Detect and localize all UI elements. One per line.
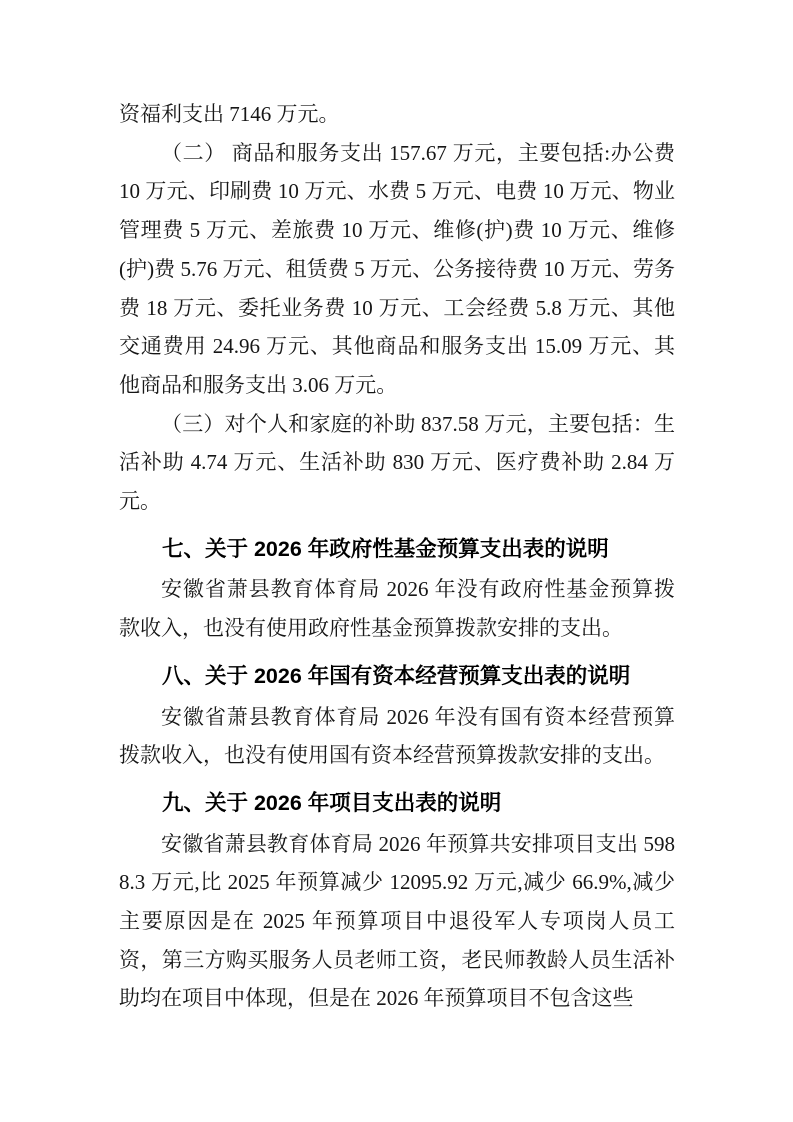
section-heading: 八、关于 2026 年国有资本经营预算支出表的说明	[119, 657, 675, 696]
section-heading: 七、关于 2026 年政府性基金预算支出表的说明	[119, 530, 675, 569]
document-body: 资福利支出 7146 万元。（二） 商品和服务支出 157.67 万元，主要包括…	[119, 95, 675, 1018]
paragraph: 资福利支出 7146 万元。	[119, 95, 675, 134]
paragraph: （三）对个人和家庭的补助 837.58 万元，主要包括：生活补助 4.74 万元…	[119, 405, 675, 521]
paragraph: 安徽省萧县教育体育局 2026 年没有国有资本经营预算拨款收入，也没有使用国有资…	[119, 698, 675, 775]
paragraph: （二） 商品和服务支出 157.67 万元，主要包括:办公费 10 万元、印刷费…	[119, 134, 675, 405]
paragraph: 安徽省萧县教育体育局 2026 年预算共安排项目支出 5988.3 万元,比 2…	[119, 825, 675, 1019]
section-heading: 九、关于 2026 年项目支出表的说明	[119, 784, 675, 823]
paragraph: 安徽省萧县教育体育局 2026 年没有政府性基金预算拨款收入，也没有使用政府性基…	[119, 570, 675, 647]
document-page: 资福利支出 7146 万元。（二） 商品和服务支出 157.67 万元，主要包括…	[0, 0, 793, 1122]
